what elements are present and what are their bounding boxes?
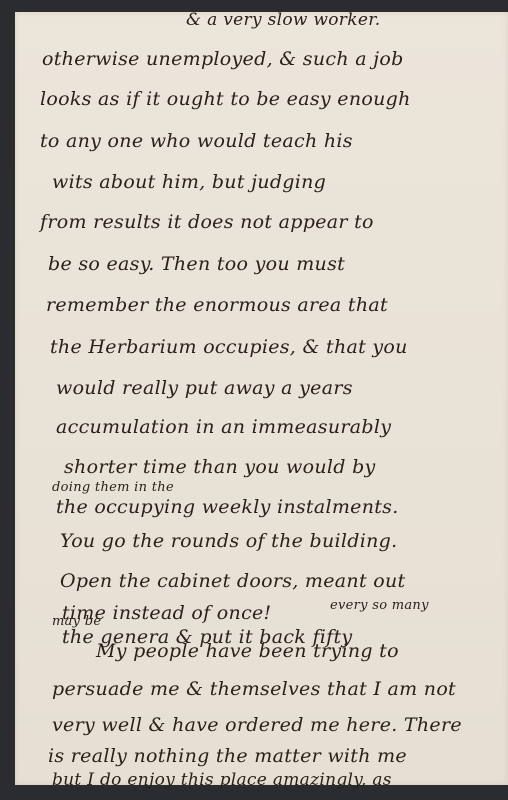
text-line: looks as if it ought to be easy enough [40, 88, 411, 110]
insertion-line: doing them in the [52, 480, 174, 495]
text-line: to any one who would teach his [40, 130, 353, 152]
text-line: very well & have ordered me here. There [52, 714, 462, 736]
text-line: shorter time than you would by [64, 456, 376, 478]
text-line: Open the cabinet doors, meant out [60, 570, 405, 592]
text-line: otherwise unemployed, & such a job [42, 48, 404, 70]
insertion-line: & a very slow worker. [186, 10, 380, 30]
text-line: is really nothing the matter with me [48, 745, 407, 767]
text-line: the Herbarium occupies, & that you [50, 336, 408, 358]
text-line: would really put away a years [56, 377, 353, 399]
text-line: wits about him, but judging [52, 171, 326, 193]
text-line: but I do enjoy this place amazingly, as [52, 770, 392, 790]
text-line: accumulation in an immeasurably [56, 416, 391, 438]
text-line: My people have been trying to [96, 640, 399, 662]
text-line: persuade me & themselves that I am not [52, 678, 456, 700]
text-line: You go the rounds of the building. [60, 530, 397, 552]
text-line: be so easy. Then too you must [48, 253, 345, 275]
insertion-line: every so many [330, 598, 429, 613]
text-line: remember the enormous area that [46, 294, 388, 316]
text-line: from results it does not appear to [40, 211, 374, 233]
text-line: the occupying weekly instalments. [56, 496, 399, 518]
text-line: time instead of once! [62, 602, 272, 624]
